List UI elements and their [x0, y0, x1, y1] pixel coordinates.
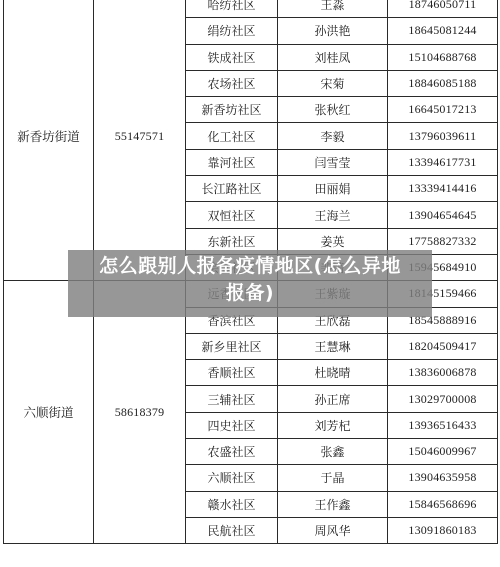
street-name-cell: 六顺街道	[4, 281, 94, 544]
community-cell: 化工社区	[186, 123, 278, 149]
community-cell: 铁成社区	[186, 44, 278, 70]
contact-name-cell: 田丽娟	[278, 176, 388, 202]
community-cell: 靠河社区	[186, 149, 278, 175]
contact-name-cell: 王海兰	[278, 202, 388, 228]
table-row: 新香坊街道55147571哈纺社区王淼18746050711	[4, 0, 498, 18]
community-cell: 绢纺社区	[186, 18, 278, 44]
community-cell: 长江路社区	[186, 176, 278, 202]
contact-name-cell: 王作鑫	[278, 491, 388, 517]
contact-name-cell: 闫雪莹	[278, 149, 388, 175]
community-cell: 三辅社区	[186, 386, 278, 412]
contact-name-cell: 于晶	[278, 465, 388, 491]
community-cell: 六顺社区	[186, 465, 278, 491]
community-cell: 香顺社区	[186, 360, 278, 386]
mobile-cell: 13904654645	[388, 202, 498, 228]
community-cell: 赣水社区	[186, 491, 278, 517]
mobile-cell: 13339414416	[388, 176, 498, 202]
mobile-cell: 13836006878	[388, 360, 498, 386]
community-cell: 新香坊社区	[186, 97, 278, 123]
article-title-line2: 报备)	[68, 280, 432, 307]
contact-name-cell: 王淼	[278, 0, 388, 18]
article-title: 怎么跟别人报备疫情地区(怎么异地 报备)	[68, 253, 432, 307]
mobile-cell: 13936516433	[388, 412, 498, 438]
contact-name-cell: 王慧琳	[278, 333, 388, 359]
contact-name-cell: 孙洪艳	[278, 18, 388, 44]
mobile-cell: 13091860183	[388, 517, 498, 543]
contact-name-cell: 刘桂凤	[278, 44, 388, 70]
mobile-cell: 15046009967	[388, 439, 498, 465]
contact-name-cell: 张秋红	[278, 97, 388, 123]
contact-name-cell: 李毅	[278, 123, 388, 149]
contact-name-cell: 孙正席	[278, 386, 388, 412]
contact-name-cell: 张鑫	[278, 439, 388, 465]
mobile-cell: 15104688768	[388, 44, 498, 70]
community-cell: 双恒社区	[186, 202, 278, 228]
community-cell: 哈纺社区	[186, 0, 278, 18]
mobile-cell: 18204509417	[388, 333, 498, 359]
mobile-cell: 18645081244	[388, 18, 498, 44]
street-phone-cell: 55147571	[94, 0, 186, 281]
mobile-cell: 15846568696	[388, 491, 498, 517]
mobile-cell: 18846085188	[388, 70, 498, 96]
community-cell: 民航社区	[186, 517, 278, 543]
community-cell: 农场社区	[186, 70, 278, 96]
article-title-line1: 怎么跟别人报备疫情地区(怎么异地	[68, 253, 432, 280]
community-cell: 新乡里社区	[186, 333, 278, 359]
contact-name-cell: 刘芳杞	[278, 412, 388, 438]
mobile-cell: 13904635958	[388, 465, 498, 491]
mobile-cell: 18746050711	[388, 0, 498, 18]
mobile-cell: 13029700008	[388, 386, 498, 412]
contact-name-cell: 周风华	[278, 517, 388, 543]
contact-name-cell: 杜晓晴	[278, 360, 388, 386]
mobile-cell: 13394617731	[388, 149, 498, 175]
mobile-cell: 16645017213	[388, 97, 498, 123]
community-cell: 四史社区	[186, 412, 278, 438]
street-phone-cell: 58618379	[94, 281, 186, 544]
community-cell: 农盛社区	[186, 439, 278, 465]
contact-name-cell: 宋菊	[278, 70, 388, 96]
street-name-cell: 新香坊街道	[4, 0, 94, 281]
mobile-cell: 13796039611	[388, 123, 498, 149]
